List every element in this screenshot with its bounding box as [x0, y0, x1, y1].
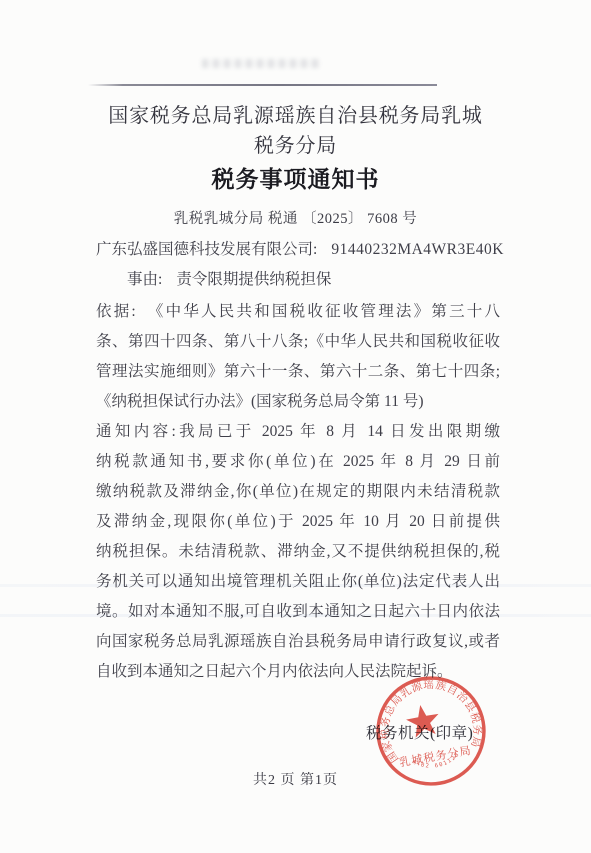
basis-line: 条、第四十四条、第八十八条;《中华人民共和国税收征收 [96, 327, 500, 357]
recipient-line: 广东弘盛国德科技发展有限公司:91440232MA4WR3E40K [96, 237, 516, 259]
official-red-seal: 国家税务总局乳源瑶族自治县税务局 乳城税务分局 4402 601128 [366, 666, 496, 796]
page-pagination: 共2 页 第1页 [0, 769, 591, 789]
basis-line: 依据: 《中华人民共和国税收征收管理法》第三十八 [96, 297, 500, 327]
content-line: 向国家税务总局乳源瑶族自治县税务局申请行政复议,或者 [96, 627, 500, 657]
subject-line: 事由:责令限期提供纳税担保 [96, 267, 516, 289]
tax-notice-document-page: 国家税务总局乳源瑶族自治县税务局乳城 税务分局 税务事项通知书 乳税乳城分局 税… [0, 0, 591, 853]
basis-line: 管理法实施细则》第六十一条、第六十二条、第七十四条; [96, 357, 500, 387]
issuer-name-line2: 税务分局 [0, 129, 591, 158]
content-line: 纳税担保。未结清税款、滞纳金,又不提供纳税担保的,税 [96, 537, 500, 567]
content-line: 缴纳税款及滞纳金,你(单位)在规定的期限内未结清税款 [96, 477, 500, 507]
content-line: 纳税款通知书,要求你(单位)在 2025 年 8 月 29 日前 [96, 447, 500, 477]
subject-label: 事由: [127, 271, 162, 288]
recipient-tax-id: 91440232MA4WR3E40K [331, 241, 504, 258]
document-title: 税务事项通知书 [0, 161, 591, 194]
issuer-name-line1: 国家税务总局乳源瑶族自治县税务局乳城 [0, 99, 591, 128]
content-line: 境。如对本通知不服,可自收到本通知之日起六十日内依法 [96, 597, 500, 627]
content-line: 及滞纳金,现限你(单位)于 2025 年 10 月 20 日前提供 [96, 507, 500, 537]
bleed-through-artifact [202, 59, 320, 68]
document-number: 乳税乳城分局 税通 〔2025〕 7608 号 [0, 207, 591, 228]
content-line: 务机关可以通知出境管理机关阻止你(单位)法定代表人出 [96, 567, 500, 597]
seal-star-icon [404, 702, 442, 739]
subject-value: 责令限期提供纳税担保 [176, 271, 331, 288]
content-line: 通知内容:我局已于 2025 年 8 月 14 日发出限期缴 [96, 417, 500, 447]
basis-line: 《纳税担保试行办法》(国家税务总局令第 11 号) [96, 387, 500, 417]
recipient-company-name: 广东弘盛国德科技发展有限公司: [96, 241, 317, 258]
scan-line-artifact [88, 84, 437, 86]
legal-basis-paragraph: 依据: 《中华人民共和国税收征收管理法》第三十八 条、第四十四条、第八十八条;《… [96, 297, 500, 417]
notification-content-paragraph: 通知内容:我局已于 2025 年 8 月 14 日发出限期缴 纳税款通知书,要求… [96, 417, 500, 687]
